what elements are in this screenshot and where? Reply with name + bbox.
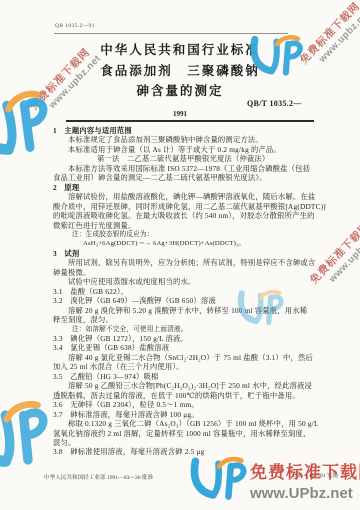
doc-line: 酸介质中，用锌还原砷，同时形成砷化氢，用二乙基二硫代氨基甲酸银[Ag(DDTC)… — [53, 202, 319, 211]
up-logo-icon — [186, 452, 252, 506]
doc-line: 透脱脂棉，沥去过量的溶液，在低于 100℃的烘箱内烘干，贮于瓶中备用。 — [53, 391, 319, 400]
watermark-site-url: www.upbz.net — [327, 194, 360, 285]
doc-line: 本标准规定了食品添加剂三聚磷酸钠中砷含量的测定方法。 — [53, 135, 319, 144]
title-divider-rule — [66, 120, 314, 122]
doc-line: 3.7 砷标准溶液，每毫升溶液含砷 100 μg。 — [53, 410, 319, 419]
body-lines: 1 主题内容与适用范围本标准规定了食品添加剂三聚磷酸钠中砷含量的测定方法。本标准… — [53, 126, 319, 457]
doc-line: 混匀。 — [53, 438, 319, 447]
approval-note: 中华人民共和国轻工业部 1991—03—30 批准 — [44, 473, 153, 481]
doc-line: 3.6 无砷锌（GB 2304），粒径 0.5～1 mm。 — [53, 400, 319, 409]
doc-line: AsH₃+6Ag(DDCT) ─→ 6Ag+3H(DDCT)+As(DDCT)₃… — [53, 239, 319, 248]
doc-line: 3.4 氯化亚锡（GB 638）盐酸溶液 — [53, 343, 319, 352]
doc-number-top: QB 1035.2—91 — [55, 23, 95, 29]
doc-line: 溶解 50 g 乙酸铅三水合物[Pb(C₂H₃O₂)₂·3H₂O]于 250 m… — [53, 381, 319, 390]
doc-line: 本标准适用于砷含量（以 As 计）等于或大于 0.2 mg/kg 的产品。 — [53, 145, 319, 154]
standard-document-page: QB 1035.2—91 中华人民共和国行业标准 食品添加剂 三聚磷酸钠 砷含量… — [0, 0, 360, 510]
doc-line: 注：生成胶态银的反应为： — [53, 230, 319, 239]
doc-line: 第一法 二乙基二硫代氨基甲酸银光度法（仲裁法） — [53, 154, 319, 163]
doc-line: 3.8 砷标准使用溶液，每毫升溶液含砷 2.5 μg — [53, 447, 319, 456]
doc-line: 氢氧化钠溶液约 2 ml 溶解，定量转移至 1000 ml 容量瓶中，用水稀释至… — [53, 429, 319, 438]
doc-line: 3 试剂 — [53, 249, 319, 258]
doc-line: 加入 25 ml 水混合（在三个月内使用）。 — [53, 362, 319, 371]
standard-method-title: 砷含量的测定 — [0, 85, 360, 98]
doc-line: 3.1 盐酸（GB 622）。 — [53, 287, 319, 296]
doc-line: 3.5 乙酸铅（HG 3—974）吸棉 — [53, 372, 319, 381]
doc-line: 释至刻度，混匀。 — [53, 315, 319, 324]
doc-line: 砷量极微。 — [53, 268, 319, 277]
title-block: 中华人民共和国行业标准 食品添加剂 三聚磷酸钠 砷含量的测定 — [0, 44, 360, 106]
doc-line: 本标准方法等效采用国际标准 ISO 5372—1978《工业用缩合磷酸盐（包括 — [53, 164, 319, 173]
doc-line: 试验中应使用蒸馏水或纯度相当的水。 — [53, 277, 319, 286]
doc-line: 溶解 20 g 溴化钾和 5.20 g 溴酸钾于水中，转移至 100 ml 容量… — [53, 306, 319, 315]
watermark-site-url: www.UPbz.net — [250, 485, 360, 502]
standard-year: 1991 — [0, 110, 360, 118]
doc-line: 3.2 溴化钾（GB 649）—溴酸钾（GB 650）溶液 — [53, 296, 319, 305]
doc-line: 食品工业用）砷含量的测定—二乙基二硫代氨基甲酸银光度法》。 — [53, 173, 319, 182]
doc-line: 称取 0.1320 g 三氧化二砷（As₂O₃）（GB 1256）于 100 m… — [53, 419, 319, 428]
doc-line: 3.3 碘化钾（GB 1272），150 g/L 溶液。 — [53, 334, 319, 343]
doc-line: 1 主题内容与适用范围 — [53, 126, 319, 135]
standard-number: QB/T 1035.2— — [247, 99, 302, 108]
doc-line: 溶解试验份，用盐酸溶液酸化，碘化钾—碘酸钾溶液氧化，随后水解。在盐 — [53, 192, 319, 201]
watermark-banner-bottom-right: 免费标准下载网 www.UPbz.net — [250, 458, 360, 502]
header-rule — [54, 33, 288, 34]
standard-category-title: 中华人民共和国行业标准 — [0, 44, 360, 57]
doc-line: 注：如溶解不完全，可使用上面清液。 — [53, 325, 319, 334]
implementation-date: 1991—12—01 实施 — [292, 471, 338, 479]
doc-line: 的吡啶溶液吸收砷化氢。在最大吸收波长（约 540 nm），对胶态分散银所产生的 — [53, 211, 319, 220]
doc-line: 溶解 40 g 氯化亚锡二水合物（SnCl₂·2H₂O）于 75 ml 盐酸（3… — [53, 353, 319, 362]
standard-subject-title: 食品添加剂 三聚磷酸钠 — [0, 65, 360, 78]
doc-line: 微紫红色进行光度测量。 — [53, 221, 319, 230]
doc-line: 所用试剂，除另有说明外，应为分析纯；所有试剂，特别是锌应不含砷或含 — [53, 258, 319, 267]
doc-line: 2 原理 — [53, 183, 319, 192]
